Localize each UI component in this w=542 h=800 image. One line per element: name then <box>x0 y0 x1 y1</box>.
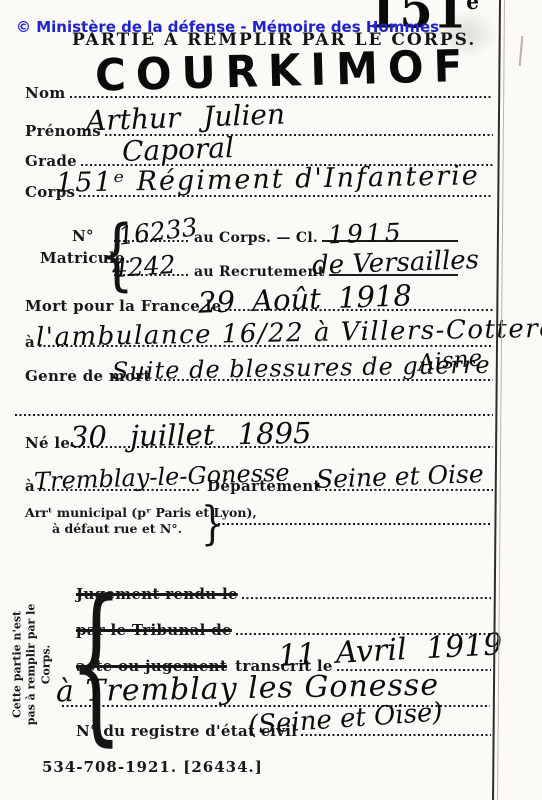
au-recrutement-label: au Recrutement <box>188 264 329 280</box>
field-jugement: Jugement rendu le <box>76 585 491 603</box>
tribunal-label-struck: par le Tribunal de <box>76 621 236 639</box>
sidebar-note: Cette partie n'est pas à remplir par le … <box>11 599 54 729</box>
departement-value: Seine et Oise <box>316 461 484 492</box>
jugement-dotted-line <box>242 597 491 599</box>
recrutement-place-value: de Versailles <box>312 247 480 279</box>
jugement-label-struck: Jugement rendu le <box>76 585 242 603</box>
mort-le-value: 29 Août 1918 <box>198 281 413 317</box>
prenoms-value: Arthur Julien <box>86 101 286 136</box>
arr-municipal-label-line2: à défaut rue et N°. <box>52 521 182 536</box>
ne-le-value: 30 juillet 1895 <box>70 419 312 452</box>
printer-imprint: 534-708-1921. [26434.] <box>42 758 263 776</box>
ne-le-label: Né le <box>25 434 74 452</box>
nom-value: COURKIMOF <box>94 44 472 98</box>
genre-de-mort-value: Suite de blessures de guerre <box>112 353 491 384</box>
grade-value: Caporal <box>122 134 235 166</box>
classe-value: 1915 <box>328 220 404 248</box>
matricule-no-label: N° <box>72 227 98 245</box>
au-corps-label: au Corps. — Cl. <box>188 230 322 246</box>
matricule-recrutement-value: 4242 <box>111 252 176 281</box>
blank-dotted-line <box>15 414 493 416</box>
mort-le-label: Mort pour la France le <box>25 297 225 315</box>
death-record-card: © Ministère de la défense - Mémoire des … <box>0 0 542 800</box>
regiment-number-exponent: e <box>466 0 479 14</box>
nom-label: Nom <box>25 84 70 102</box>
arr-municipal-dotted-line <box>218 523 490 525</box>
scan-speck <box>519 36 524 66</box>
corps-value: 151ᵉ Régiment d'Infanterie <box>56 162 480 196</box>
archive-watermark: © Ministère de la défense - Mémoire des … <box>16 18 439 36</box>
